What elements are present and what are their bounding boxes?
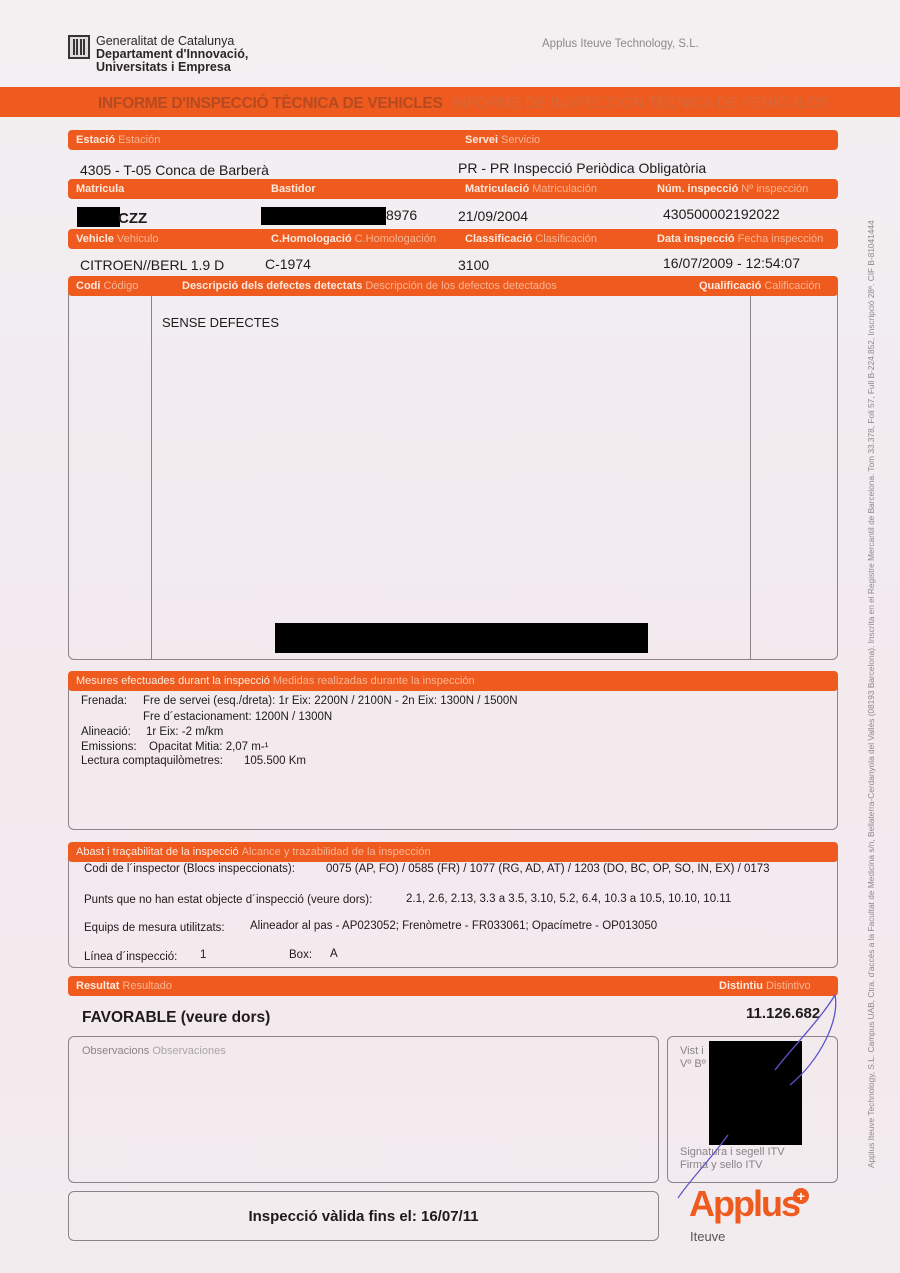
- header-bar-registration: Matricula Bastidor MatriculacióMatricula…: [68, 179, 838, 199]
- report-title-es: INFORME DE INSPECCIÓN TÉCNICA DE VEHÍCUL…: [452, 95, 828, 113]
- defects-text: SENSE DEFECTES: [162, 315, 279, 330]
- box-label: Box:: [289, 949, 312, 961]
- plus-icon: +: [793, 1188, 809, 1204]
- odometer-label: Lectura comptaquilòmetres:: [81, 755, 223, 767]
- equipment-value: Alineador al pas - AP023052; Frenòmetre …: [250, 920, 657, 932]
- uninspected-points-label: Punts que no han estat objecte d´inspecc…: [84, 894, 372, 906]
- header-bar-scope: Abast i traçabilitat de la inspeccióAlca…: [68, 842, 838, 862]
- inspection-line-value: 1: [200, 949, 206, 961]
- legal-footer: Applus Iteuve Technology, S.L. Campus UA…: [866, 220, 876, 1168]
- applus-logo: Applus: [689, 1183, 799, 1225]
- braking-service-value: Fre de servei (esq./dreta): 1r Eix: 2200…: [143, 695, 518, 707]
- vehicle-value: CITROEN//BERL 1.9 D: [80, 257, 224, 273]
- alignment-value: 1r Eix: -2 m/km: [146, 726, 223, 738]
- company-name: Applus Iteuve Technology, S.L.: [542, 38, 699, 50]
- department-name-2: Universitats i Empresa: [96, 61, 248, 74]
- station-value: 4305 - T-05 Conca de Barberà: [80, 162, 269, 178]
- defects-divider-2: [750, 295, 751, 660]
- service-value: PR - PR Inspecció Periòdica Obligatòria: [458, 160, 706, 176]
- chassis-value: 8976: [386, 207, 417, 223]
- header-bar-measures: Mesures efectuades durant la inspeccióMe…: [68, 671, 838, 691]
- inspection-report-page: Generalitat de Catalunya Departament d'I…: [0, 0, 900, 1273]
- header-bar-defects: CodiCódigo Descripció dels defectes dete…: [68, 276, 838, 296]
- defects-divider-1: [151, 295, 152, 660]
- report-title-ca: INFORME D'INSPECCIÓ TÈCNICA DE VEHICLES: [98, 95, 443, 113]
- registration-date-value: 21/09/2004: [458, 208, 528, 224]
- observations-label: Observacions Observaciones: [82, 1045, 226, 1057]
- generalitat-logo-icon: [68, 35, 90, 59]
- emissions-label: Emissions:: [81, 741, 137, 753]
- plate-value: CZZ: [118, 210, 147, 227]
- alignment-label: Alineació:: [81, 726, 131, 738]
- inspection-date-value: 16/07/2009 - 12:54:07: [663, 255, 800, 271]
- inspection-line-label: Línea d´inspecció:: [84, 951, 177, 963]
- odometer-value: 105.500 Km: [244, 755, 306, 767]
- box-value: A: [330, 948, 338, 960]
- uninspected-points-value: 2.1, 2.6, 2.13, 3.3 a 3.5, 3.10, 5.2, 6.…: [406, 893, 731, 905]
- department-header: Generalitat de Catalunya Departament d'I…: [96, 35, 248, 74]
- inspector-value: 0075 (AP, FO) / 0585 (FR) / 1077 (RG, AD…: [326, 863, 770, 875]
- classification-value: 3100: [458, 257, 489, 273]
- homologation-value: C-1974: [265, 256, 311, 272]
- applus-sublabel: Iteuve: [690, 1229, 725, 1244]
- handwritten-signature-icon: [670, 990, 845, 1205]
- inspection-number-value: 430500002192022: [663, 206, 780, 222]
- braking-label: Frenada:: [81, 695, 127, 707]
- redacted-chassis: [261, 207, 386, 225]
- header-bar-vehicle: VehicleVehiculo C.HomologacióC.Homologac…: [68, 229, 838, 249]
- braking-parking-value: Fre d´estacionament: 1200N / 1300N: [143, 711, 332, 723]
- validity-text: Inspecció vàlida fins el: 16/07/11: [68, 1191, 659, 1241]
- result-value: FAVORABLE (veure dors): [82, 1009, 270, 1027]
- defects-box: [68, 285, 838, 660]
- equipment-label: Equips de mesura utilitzats:: [84, 922, 225, 934]
- redacted-plate: [77, 207, 120, 227]
- inspector-label: Codi de l´inspector (Blocs inspeccionats…: [84, 863, 295, 875]
- observations-box: [68, 1036, 659, 1183]
- header-bar-station: EstacióEstación ServeiServicio: [68, 130, 838, 150]
- emissions-value: Opacitat Mitia: 2,07 m-¹: [149, 741, 269, 753]
- redacted-block: [275, 623, 648, 653]
